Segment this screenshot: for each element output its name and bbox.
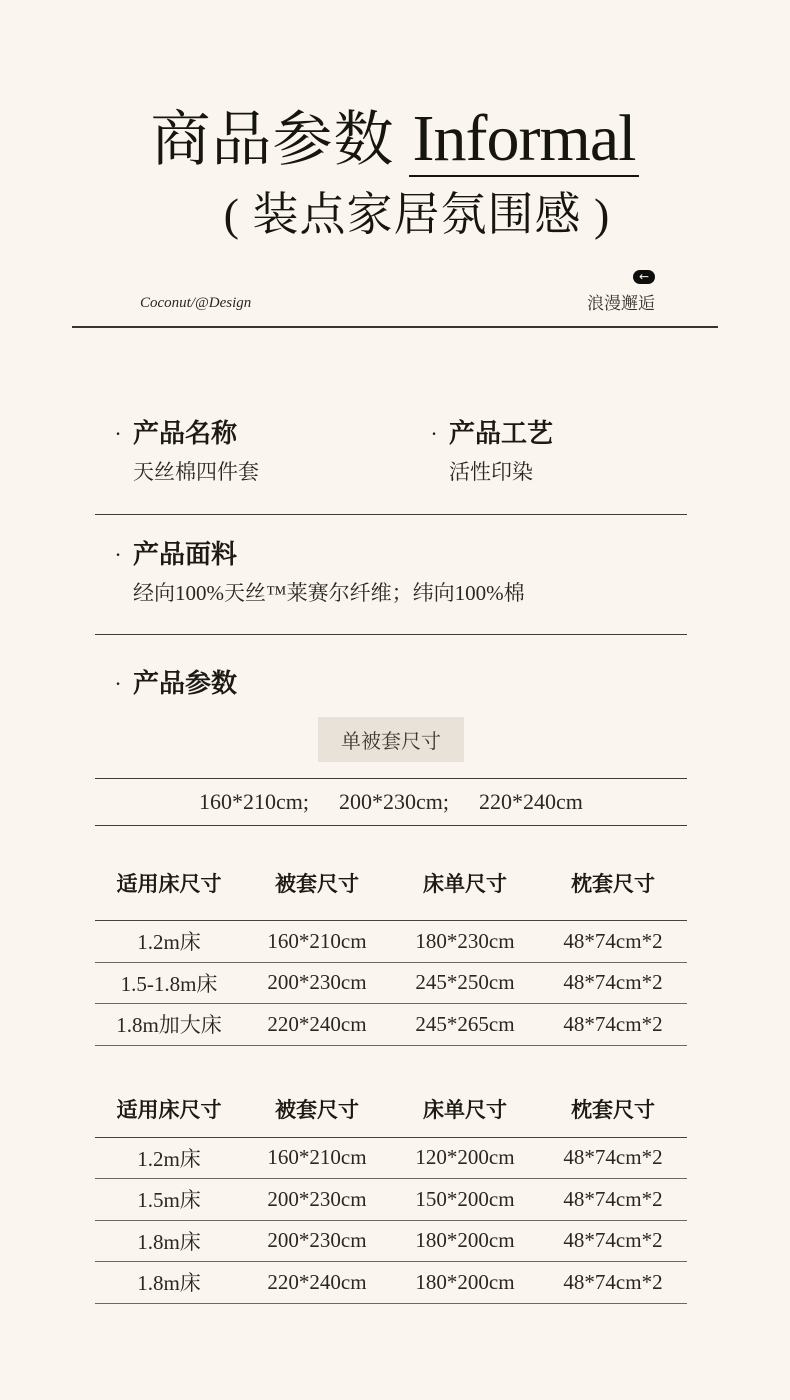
bullet-dot: · [113,668,123,700]
table-row: 1.2m床 160*210cm 180*230cm 48*74cm*2 [95,921,687,963]
table-cell: 1.5m床 [95,1184,243,1214]
spec-heading-label: 产品名称 [133,418,237,450]
table-header-row: 适用床尺寸 被套尺寸 床单尺寸 枕套尺寸 [95,826,687,921]
arrow-left-icon: ← [633,270,655,284]
size-table-2: 适用床尺寸 被套尺寸 床单尺寸 枕套尺寸 1.2m床 160*210cm 120… [95,1046,687,1304]
table-cell: 245*265cm [391,1012,539,1037]
table-header-cell: 适用床尺寸 [95,872,243,896]
spec-heading-label: 产品面料 [133,539,237,571]
spec-value: 活性印染 [449,458,553,486]
table-cell: 245*250cm [391,970,539,995]
table-cell: 180*200cm [391,1228,539,1253]
spec-product-params: · 产品参数 [95,668,687,700]
table-cell: 200*230cm [243,1187,391,1212]
table-header-cell: 枕套尺寸 [539,1098,687,1122]
section-divider [95,514,687,515]
duvet-size-item: 220*240cm [479,789,583,815]
table-row: 1.8m床 220*240cm 180*200cm 48*74cm*2 [95,1262,687,1304]
page-title-en: Informal [409,102,640,177]
table-header-cell: 床单尺寸 [391,1098,539,1122]
table-cell: 180*230cm [391,929,539,954]
table-cell: 48*74cm*2 [539,1187,687,1212]
spec-product-fabric: · 产品面料 经向100%天丝™莱赛尔纤维；纬向100%棉 [95,539,687,607]
bullet-dot: · [113,418,123,450]
table-cell: 1.5-1.8m床 [95,968,243,998]
table-cell: 1.8m床 [95,1226,243,1256]
byline: Coconut/@Design ← 浪漫邂逅 [140,270,655,314]
table-header-cell: 被套尺寸 [243,872,391,896]
table-row: 1.8m加大床 220*240cm 245*265cm 48*74cm*2 [95,1004,687,1046]
table-cell: 1.8m床 [95,1267,243,1297]
spec-product-craft: · 产品工艺 活性印染 [411,418,553,486]
table-cell: 48*74cm*2 [539,1228,687,1253]
brand-name: 浪漫邂逅 [587,289,655,314]
table-header-row: 适用床尺寸 被套尺寸 床单尺寸 枕套尺寸 [95,1046,687,1138]
section-fabric: · 产品面料 经向100%天丝™莱赛尔纤维；纬向100%棉 [95,539,687,635]
table-row: 1.5-1.8m床 200*230cm 245*250cm 48*74cm*2 [95,963,687,1005]
table-cell: 48*74cm*2 [539,929,687,954]
table-cell: 160*210cm [243,929,391,954]
duvet-size-item: 160*210cm; [199,789,309,815]
table-cell: 200*230cm [243,1228,391,1253]
table-cell: 48*74cm*2 [539,1270,687,1295]
table-cell: 120*200cm [391,1145,539,1170]
duvet-sizes-strip: 160*210cm; 200*230cm; 220*240cm [95,778,687,826]
header-divider [72,326,718,328]
table-row: 1.5m床 200*230cm 150*200cm 48*74cm*2 [95,1179,687,1221]
table-header-cell: 被套尺寸 [243,1098,391,1122]
table-cell: 220*240cm [243,1012,391,1037]
spec-heading-label: 产品参数 [133,668,237,700]
brand-mark: ← 浪漫邂逅 [587,270,655,314]
spec-product-name: · 产品名称 天丝棉四件套 [95,418,411,486]
section-divider [95,634,687,635]
table-header-cell: 床单尺寸 [391,872,539,896]
product-spec-page: 商品参数 Informal ( 装点家居氛围感 ) Coconut/@Desig… [0,0,790,1400]
content: · 产品名称 天丝棉四件套 · 产品工艺 活性印染 · [95,418,687,1304]
table-header-cell: 枕套尺寸 [539,872,687,896]
table-cell: 1.2m床 [95,926,243,956]
spec-heading-label: 产品工艺 [449,418,553,450]
table-cell: 200*230cm [243,970,391,995]
duvet-size-item: 200*230cm; [339,789,449,815]
spec-value: 经向100%天丝™莱赛尔纤维；纬向100%棉 [133,579,687,607]
page-subtitle: ( 装点家居氛围感 ) [22,178,790,244]
design-credit: Coconut/@Design [140,295,251,314]
bullet-dot: · [113,539,123,571]
table-cell: 1.8m加大床 [95,1009,243,1039]
section-name-craft: · 产品名称 天丝棉四件套 · 产品工艺 活性印染 [95,418,687,515]
section-params: · 产品参数 单被套尺寸 [95,668,687,762]
table-cell: 48*74cm*2 [539,1012,687,1037]
table-row: 1.2m床 160*210cm 120*200cm 48*74cm*2 [95,1138,687,1180]
table-cell: 160*210cm [243,1145,391,1170]
table-cell: 48*74cm*2 [539,970,687,995]
duvet-size-badge: 单被套尺寸 [318,717,464,762]
table-row: 1.8m床 200*230cm 180*200cm 48*74cm*2 [95,1221,687,1263]
page-title: 商品参数 Informal [0,92,790,178]
table-cell: 180*200cm [391,1270,539,1295]
size-table-1: 适用床尺寸 被套尺寸 床单尺寸 枕套尺寸 1.2m床 160*210cm 180… [95,826,687,1046]
table-cell: 1.2m床 [95,1143,243,1173]
bullet-dot: · [429,418,439,450]
page-title-cn: 商品参数 [151,107,395,173]
table-header-cell: 适用床尺寸 [95,1098,243,1122]
table-cell: 48*74cm*2 [539,1145,687,1170]
table-cell: 220*240cm [243,1270,391,1295]
spec-value: 天丝棉四件套 [133,458,411,486]
table-cell: 150*200cm [391,1187,539,1212]
